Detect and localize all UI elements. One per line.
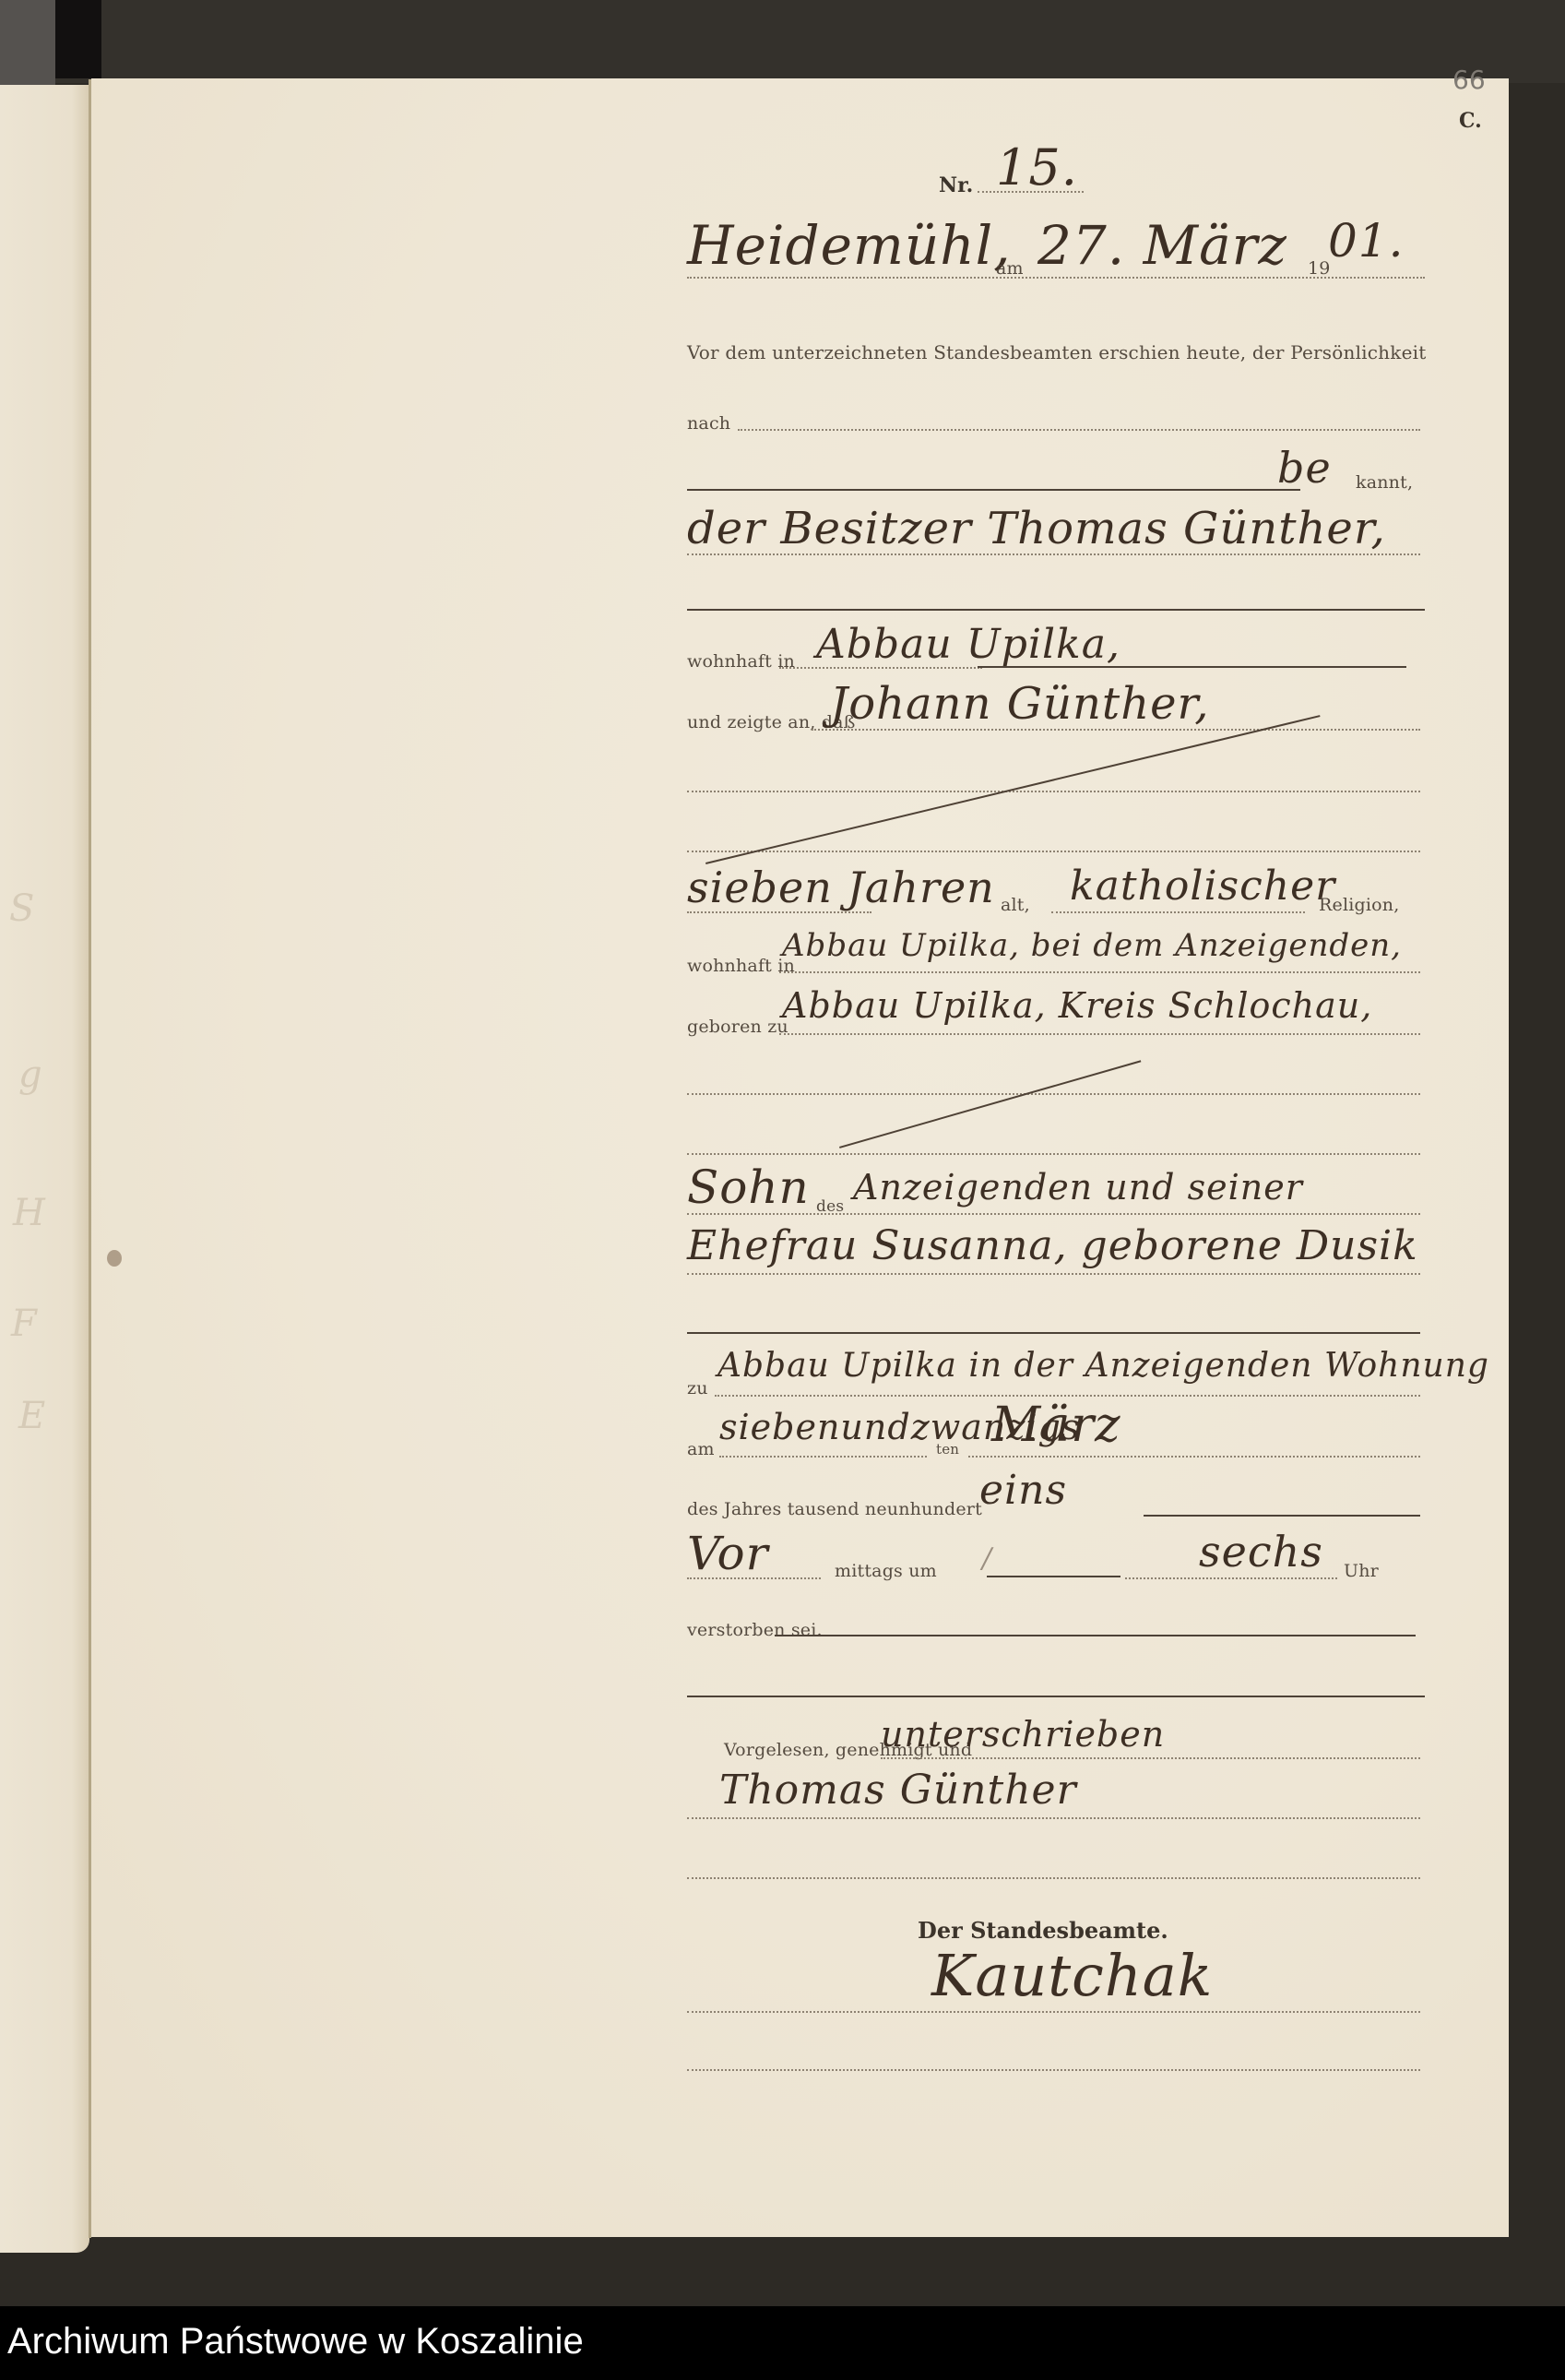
informant-residence: Abbau Upilka,	[816, 621, 1120, 668]
registrar-signature-line	[687, 2011, 1420, 2013]
blank-line-4	[687, 1153, 1420, 1155]
deceased-religion: katholischer	[1070, 863, 1335, 910]
signed-text: unterschrieben	[881, 1714, 1165, 1755]
uhr-label: Uhr	[1344, 1561, 1379, 1581]
deceased-name: Johann Günther,	[830, 678, 1209, 730]
informant-signature-line	[687, 1817, 1420, 1819]
deceased-residence: Abbau Upilka, bei dem Anzeigenden,	[782, 927, 1402, 964]
registrar-label: Der Standesbeamte.	[918, 1917, 1168, 1944]
time-prefix: Vor	[687, 1527, 769, 1580]
separator-line-1	[687, 609, 1425, 611]
time-minutes-line	[987, 1576, 1120, 1577]
hour-line	[1125, 1577, 1337, 1579]
blank-line-2	[687, 851, 1420, 852]
birthplace-line	[779, 1033, 1420, 1035]
registrar-signature: Kautchak	[931, 1942, 1213, 2009]
death-hour: sechs	[1199, 1527, 1323, 1577]
time-label: mittags um	[835, 1561, 937, 1581]
death-day-label: am	[687, 1439, 715, 1459]
death-day-line	[719, 1456, 927, 1458]
previous-page-edge: S g H F E	[0, 85, 89, 2253]
year-value: 01.	[1328, 214, 1405, 268]
deceased-residence-line	[779, 971, 1420, 973]
death-month: März	[991, 1398, 1121, 1453]
mother: Ehefrau Susanna, geborene Dusik	[687, 1222, 1418, 1269]
blank-line-6	[687, 2069, 1420, 2071]
date-prefix: am	[996, 258, 1024, 279]
relationship: Sohn	[687, 1160, 810, 1214]
parents-label: des	[816, 1197, 844, 1216]
parents: Anzeigenden und seiner	[853, 1167, 1303, 1208]
died-label: verstorben sei.	[687, 1620, 823, 1640]
record-number-value: 15.	[996, 138, 1078, 196]
record-number-label: Nr.	[939, 173, 973, 197]
year-fill-line	[1144, 1515, 1420, 1517]
blank-line-1	[687, 791, 1420, 792]
death-place-label: zu	[687, 1378, 708, 1398]
death-place-line	[715, 1395, 1420, 1397]
separator-line-2	[687, 1332, 1420, 1334]
died-line	[775, 1635, 1416, 1636]
bekannt-prefix: be	[1277, 443, 1332, 493]
archive-name: Archiwum Państwowe w Koszalinie	[7, 2321, 584, 2362]
bekannt-label: kannt,	[1356, 472, 1413, 493]
binding-background	[0, 0, 1565, 83]
cover-edge	[0, 0, 55, 85]
religion-label: Religion,	[1319, 895, 1399, 915]
mother-line	[687, 1273, 1420, 1275]
folio-number: 66	[1452, 65, 1486, 95]
blank-line-3	[687, 1093, 1420, 1095]
spine-shadow	[55, 0, 101, 78]
death-day-suffix: ten	[936, 1441, 959, 1458]
blank-line-5	[687, 1877, 1420, 1879]
informant-name: der Besitzer Thomas Günther,	[687, 503, 1386, 554]
year-label: des Jahres tausend neunhundert	[687, 1499, 982, 1519]
bekannt-line	[687, 489, 1300, 491]
death-month-line	[968, 1456, 1420, 1458]
archive-footer: Archiwum Państwowe w Koszalinie	[0, 2306, 1565, 2380]
death-year-words: eins	[979, 1467, 1067, 1514]
religion-line	[1051, 911, 1305, 913]
signed-line	[881, 1757, 1420, 1759]
intro-text: Vor dem unterzeichneten Standesbeamten e…	[687, 341, 1426, 363]
deceased-age: sieben Jahren	[687, 863, 995, 912]
date-value: 27. März	[1037, 214, 1287, 277]
document-page	[91, 78, 1509, 2237]
age-label: alt,	[1001, 895, 1030, 915]
nach-label: nach	[687, 413, 730, 434]
birthplace-label: geboren zu	[687, 1017, 788, 1037]
death-place: Abbau Upilka in der Anzeigenden Wohnung	[717, 1347, 1489, 1385]
separator-line-3	[687, 1696, 1425, 1697]
section-letter: C.	[1459, 109, 1482, 133]
informant-signature: Thomas Günther	[719, 1767, 1077, 1814]
year-prefix: 19	[1308, 258, 1331, 279]
place-name: Heidemühl,	[687, 214, 1012, 277]
birthplace: Abbau Upilka, Kreis Schlochau,	[782, 985, 1372, 1026]
time-slash: /	[982, 1542, 992, 1575]
nach-line	[738, 429, 1420, 431]
ink-stain	[107, 1250, 122, 1267]
